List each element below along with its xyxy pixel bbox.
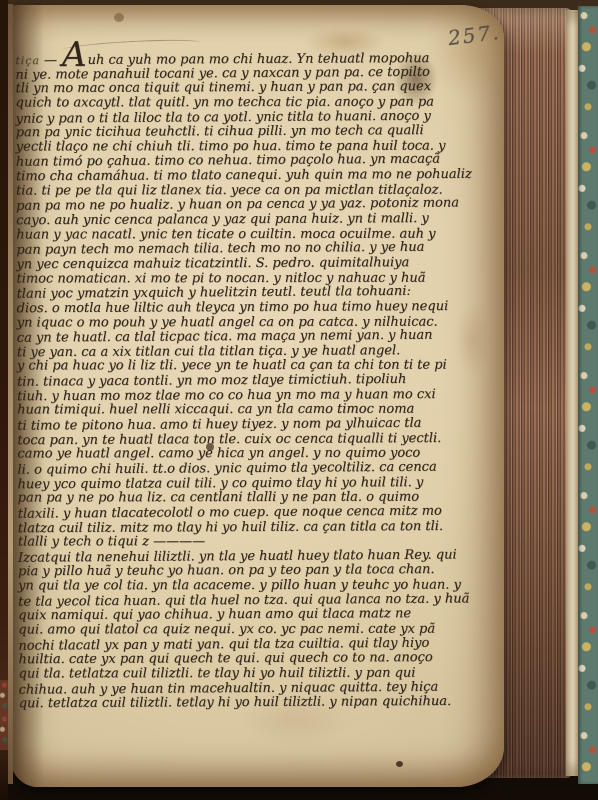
- manuscript-text-block: tiça—Auh ca yuh mo pan mo chi huaz. Yn t…: [15, 51, 480, 712]
- gutter-shadow: [10, 5, 44, 787]
- manuscript-lines: ni ye. mote panahuil tocani ye. ca y nax…: [15, 65, 480, 712]
- marbled-endpaper-right: [578, 6, 598, 784]
- folio-number: 257.: [447, 20, 502, 50]
- manuscript-line: ni ye. mote panahuil tocani ye. ca y nax…: [15, 65, 477, 83]
- manuscript-line: ynic y pan o ti tla liloc tla to ca yotl…: [16, 109, 478, 127]
- facing-leaf-edge: [8, 4, 13, 784]
- marble-specks: [0, 680, 8, 750]
- manuscript-line: Izcatqui tla nenehui liliztli. yn tla ye…: [18, 548, 480, 566]
- marbled-endpaper-left: [0, 0, 8, 800]
- stain: [114, 13, 124, 22]
- manuscript-line: chihua. auh y ye huan tin macehualtin. y…: [19, 680, 481, 698]
- dash-mark: —: [44, 53, 56, 68]
- stain: [396, 761, 403, 767]
- manuscript-line: nochi tlacatl yx pan y mati yan. qui tla…: [18, 636, 480, 654]
- manuscript-photo: 257. tiça—Auh ca yuh mo pan mo chi huaz.…: [0, 0, 598, 800]
- manuscript-line: te tla yecol tica huan. qui tla huel no …: [18, 592, 480, 610]
- manuscript-page: 257. tiça—Auh ca yuh mo pan mo chi huaz.…: [10, 5, 504, 787]
